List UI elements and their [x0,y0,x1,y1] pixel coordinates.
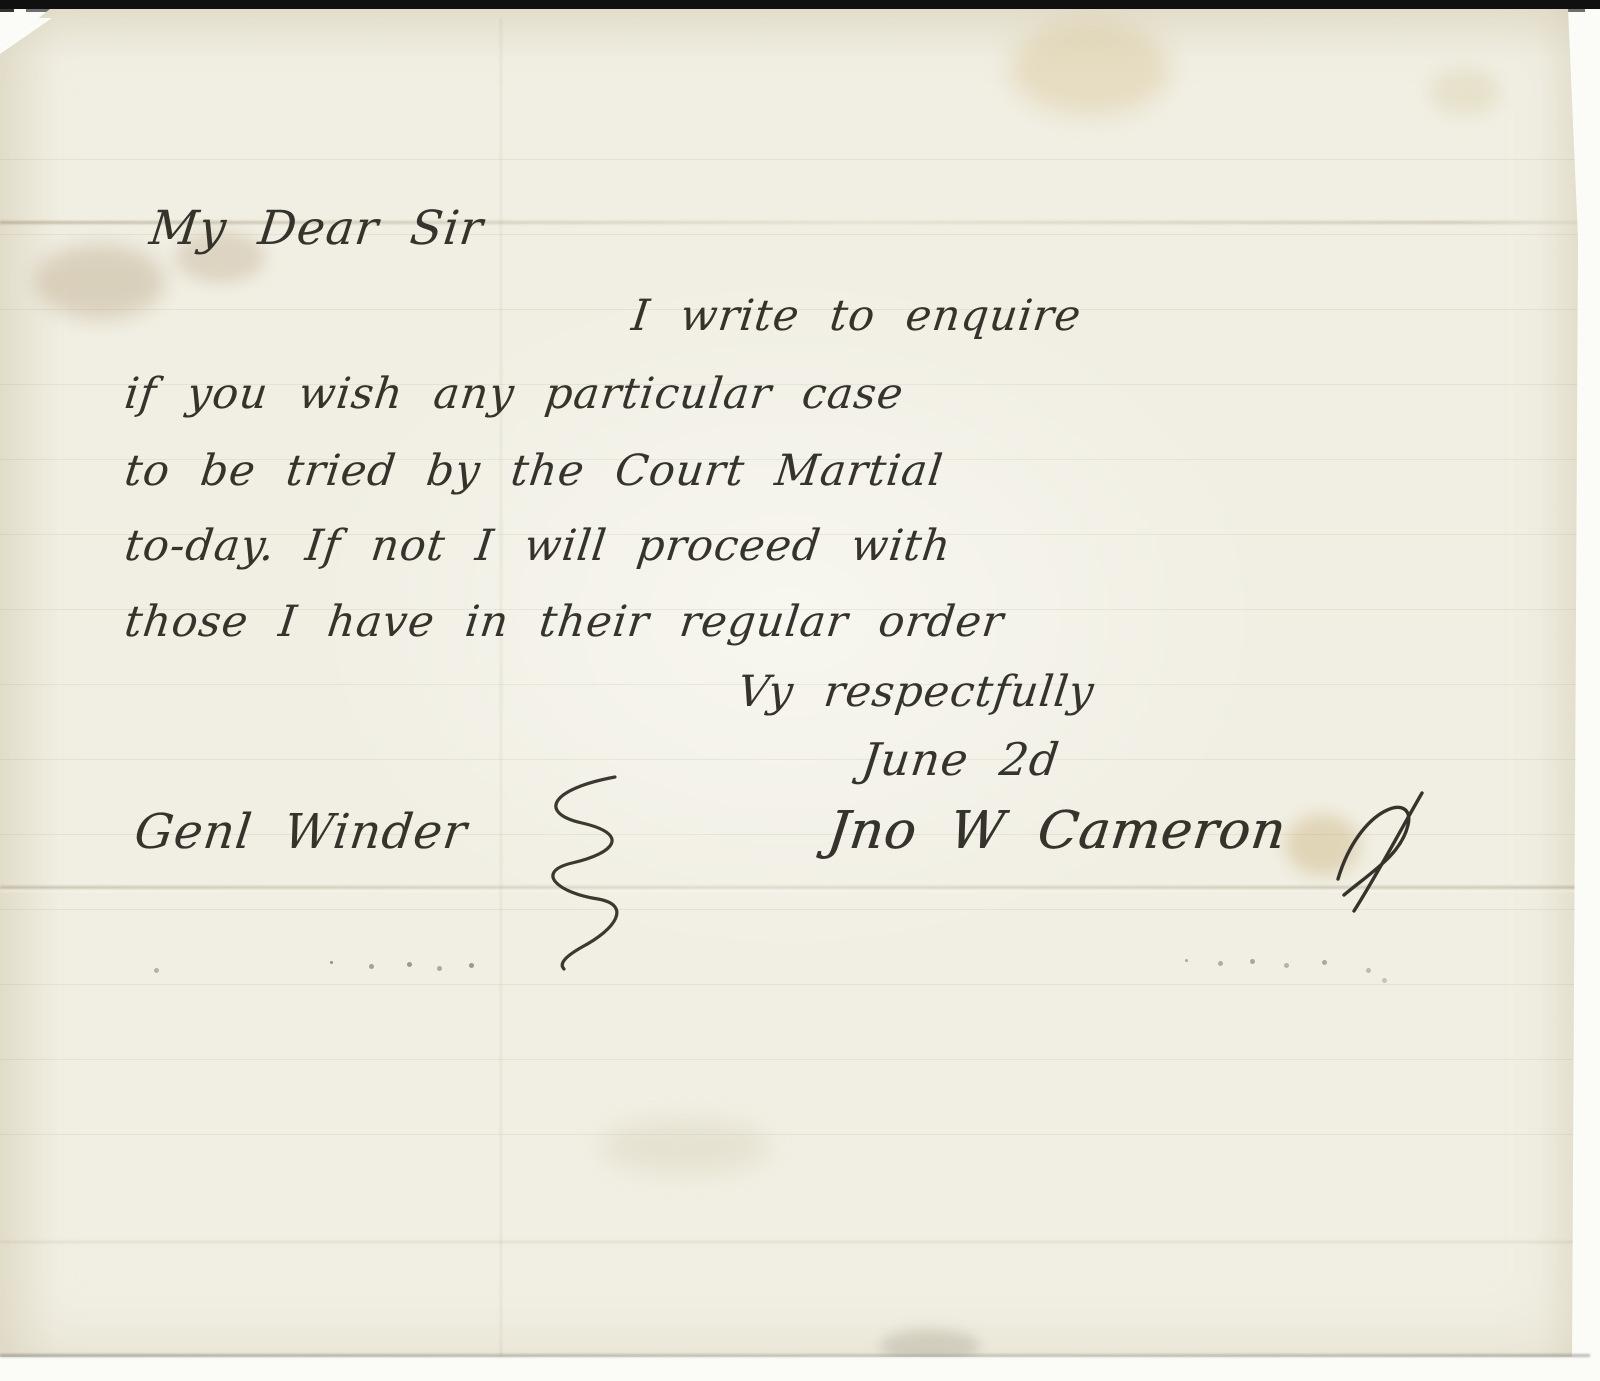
scanner-edge-strip [0,0,1600,9]
body-line-5: those I have in their regular order [122,597,1007,647]
addressee-brace-flourish [520,771,650,971]
closing-line: Vy respectfully [735,667,1097,717]
signature-line: Jno W Cameron [824,801,1289,861]
body-line-1: I write to enquire [629,291,1084,341]
paper-stain [35,244,165,319]
torn-corner-notch [0,18,52,54]
letter-paper: My Dear Sir I write to enquire if you wi… [0,9,1578,1357]
body-line-4: to-day. If not I will proceed with [122,521,954,571]
horizontal-fold-crease [0,886,1578,889]
body-line-2: if you wish any particular case [122,369,907,419]
date-line: June 2d [859,733,1063,786]
paper-stain [600,1119,770,1174]
paper-stain [880,1329,980,1363]
paper-stain [1010,21,1170,116]
horizontal-fold-crease [0,1241,1578,1243]
paper-stain [1285,814,1360,876]
body-line-3: to be tried by the Court Martial [122,446,946,496]
vertical-fold-crease [500,18,502,1366]
signature-flourish [1330,787,1450,917]
paper-bottom-edge-shadow [0,1354,1590,1357]
bleedthrough-marks-left [330,961,333,964]
addressee-line: Genl Winder [132,804,471,860]
scanned-letter: My Dear Sir I write to enquire if you wi… [0,0,1600,1381]
bleedthrough-marks-right [1185,959,1188,962]
paper-stain [1430,69,1500,115]
salutation-line: My Dear Sir [147,201,487,256]
